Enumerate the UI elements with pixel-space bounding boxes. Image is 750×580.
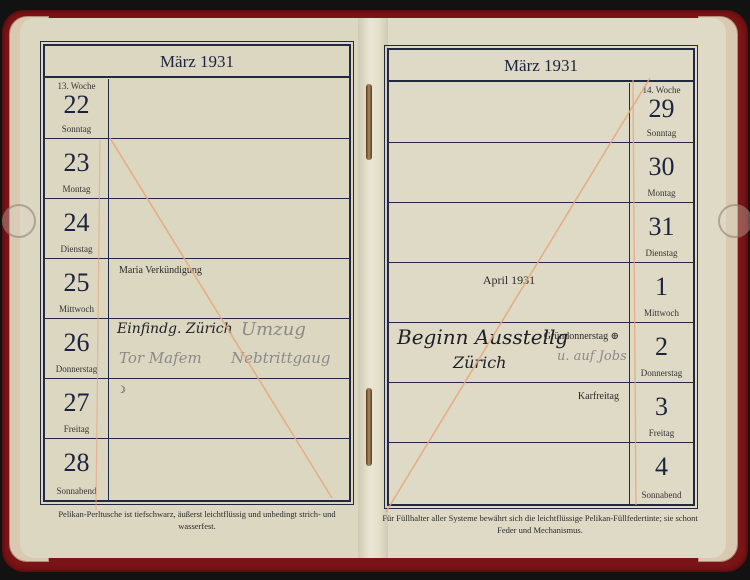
april-month-heading: April 1931 [389, 273, 629, 288]
day-row-april-2: 2 Donnerstag Gründonnerstag ⊕ Beginn Aus… [389, 323, 693, 383]
staple-top [366, 84, 372, 160]
handwritten-pencil-note: Umzug [241, 319, 306, 340]
day-number: 29 [630, 95, 693, 123]
day-name: Donnerstag [630, 368, 693, 378]
day-name: Sonnabend [45, 486, 108, 496]
handwritten-ink-note: Tor Mafem [119, 349, 202, 367]
day-name: Mittwoch [45, 304, 108, 314]
day-row-25: 25 Mittwoch Maria Verkündigung [45, 259, 349, 319]
left-footer-advert: Pelikan-Perltusche ist tiefschwarz, äuße… [44, 508, 350, 532]
day-row-april-4: 4 Sonnabend [389, 443, 693, 504]
day-row-april-3: 3 Freitag Karfreitag [389, 383, 693, 443]
day-name: Sonntag [45, 124, 108, 134]
handwritten-ink-note: Einfindg. Zürich [117, 321, 233, 337]
day-number: 26 [45, 329, 108, 357]
day-cell: 14. Woche 29 Sonntag [629, 83, 693, 142]
day-number: 28 [45, 449, 108, 477]
day-number: 22 [45, 91, 108, 119]
day-name: Dienstag [45, 244, 108, 254]
day-row-28: 28 Sonnabend [45, 439, 349, 500]
day-number: 31 [630, 213, 693, 241]
day-row-24: 24 Dienstag [45, 199, 349, 259]
day-cell: 26 Donnerstag [45, 319, 109, 378]
day-name: Freitag [45, 424, 108, 434]
day-number: 23 [45, 149, 108, 177]
day-cell: 23 Montag [45, 139, 109, 198]
day-row-april-1: 1 Mittwoch April 1931 [389, 263, 693, 323]
day-cell: 4 Sonnabend [629, 443, 693, 504]
day-row-22: 13. Woche 22 Sonntag [45, 79, 349, 139]
left-month-header: März 1931 [45, 46, 349, 78]
day-number: 25 [45, 269, 108, 297]
day-number: 27 [45, 389, 108, 417]
right-footer-advert: Für Füllhalter aller Systeme bewährt sic… [380, 512, 700, 536]
day-cell: 25 Mittwoch [45, 259, 109, 318]
day-cell: 30 Montag [629, 143, 693, 202]
day-cell: 24 Dienstag [45, 199, 109, 258]
day-name: Montag [630, 188, 693, 198]
day-row-29: 14. Woche 29 Sonntag [389, 83, 693, 143]
day-number: 24 [45, 209, 108, 237]
day-cell: 13. Woche 22 Sonntag [45, 79, 109, 138]
day-number: 30 [630, 153, 693, 181]
day-number: 3 [630, 393, 693, 421]
day-cell: 28 Sonnabend [45, 439, 109, 500]
holiday-note: Maria Verkündigung [119, 265, 202, 276]
day-row-31: 31 Dienstag [389, 203, 693, 263]
day-cell: 2 Donnerstag [629, 323, 693, 382]
day-name: Sonntag [630, 128, 693, 138]
right-calendar-grid: März 1931 14. Woche 29 Sonntag 30 Montag… [387, 48, 695, 506]
handwritten-ink-note: Beginn Ausstellg [397, 325, 568, 349]
day-number: 1 [630, 273, 693, 301]
holiday-note: Karfreitag [578, 391, 619, 402]
left-calendar-grid: März 1931 13. Woche 22 Sonntag 23 Montag… [43, 44, 351, 502]
day-number: 4 [630, 453, 693, 481]
day-row-26: 26 Donnerstag Einfindg. Zürich Tor Mafem… [45, 319, 349, 379]
day-name: Donnerstag [45, 364, 108, 374]
right-month-header: März 1931 [389, 50, 693, 82]
moon-phase-icon: ☽ [117, 385, 126, 396]
day-name: Freitag [630, 428, 693, 438]
day-row-27: 27 Freitag ☽ [45, 379, 349, 439]
day-name: Mittwoch [630, 308, 693, 318]
handwritten-pencil-note: Nebtrittgaug [231, 349, 330, 367]
day-name: Montag [45, 184, 108, 194]
right-ribbon-loop [718, 204, 750, 238]
handwritten-pencil-note: u. auf Jobs [557, 349, 627, 364]
left-ribbon-loop [2, 204, 36, 238]
day-cell: 31 Dienstag [629, 203, 693, 262]
handwritten-ink-note: Zürich [453, 353, 506, 372]
day-name: Sonnabend [630, 490, 693, 500]
day-name: Dienstag [630, 248, 693, 258]
day-cell: 1 Mittwoch [629, 263, 693, 322]
day-row-23: 23 Montag [45, 139, 349, 199]
day-number: 2 [630, 333, 693, 361]
day-row-30: 30 Montag [389, 143, 693, 203]
staple-bottom [366, 388, 372, 466]
day-cell: 27 Freitag [45, 379, 109, 438]
book-gutter [358, 18, 388, 558]
day-cell: 3 Freitag [629, 383, 693, 442]
